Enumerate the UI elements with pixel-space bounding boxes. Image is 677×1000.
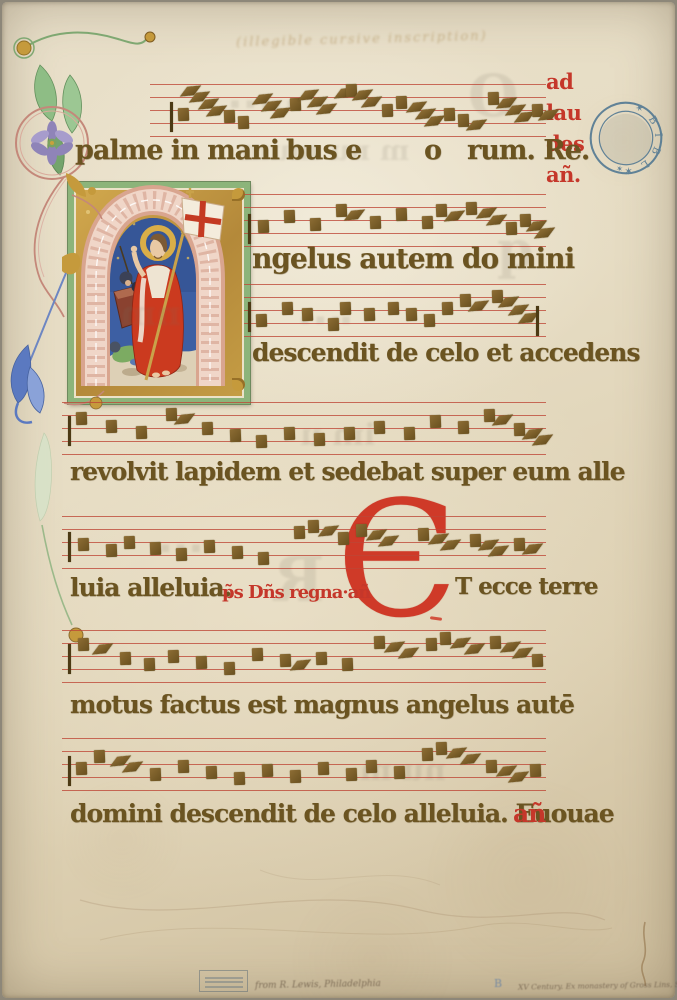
blue-acanthus <box>11 345 44 423</box>
staff-line <box>62 454 546 455</box>
neume <box>424 314 435 327</box>
chant-text: T ecce terre <box>455 574 598 599</box>
neume <box>422 216 433 229</box>
neume <box>506 222 517 235</box>
staff-line <box>62 402 546 403</box>
staff-line <box>62 441 546 442</box>
frame-gold-curl <box>232 378 245 391</box>
chant-text: ngelus autem do mini <box>252 244 574 275</box>
neume <box>106 544 117 557</box>
neume <box>204 540 215 553</box>
neume <box>280 654 291 667</box>
neume <box>460 294 471 307</box>
neume <box>514 423 525 436</box>
verso-showthrough: nm <box>120 294 181 334</box>
neume <box>328 318 339 331</box>
neume <box>374 421 385 434</box>
staff-line <box>62 669 546 670</box>
neume <box>318 525 339 536</box>
neume <box>224 110 235 123</box>
neume <box>418 528 429 541</box>
neume <box>436 742 447 755</box>
neume <box>316 652 327 665</box>
neume <box>252 648 263 661</box>
neume <box>388 302 399 315</box>
neume <box>466 202 477 215</box>
neume <box>170 102 173 132</box>
chant-text: descendit de celo et accedens <box>252 339 639 367</box>
gold-bezant <box>145 32 155 42</box>
neume <box>76 762 87 775</box>
library-stamp: ✶ B I B L ✶ ✶ <box>574 84 677 192</box>
neume <box>294 526 305 539</box>
rubric-text: p̃s Dñs regna·añ <box>222 583 370 603</box>
neume <box>340 302 351 315</box>
neume <box>370 216 381 229</box>
neume <box>318 762 329 775</box>
neume <box>444 108 455 121</box>
neume <box>68 532 71 562</box>
neume <box>136 426 147 439</box>
neume <box>356 524 367 537</box>
staff-line <box>62 777 546 778</box>
neume <box>310 218 321 231</box>
neume <box>232 546 243 559</box>
neume <box>486 760 497 773</box>
vine-stem <box>24 33 148 48</box>
neume <box>532 654 543 667</box>
neume <box>166 408 177 421</box>
neume <box>308 520 319 533</box>
neume <box>404 427 415 440</box>
neume <box>94 750 105 763</box>
neume <box>256 435 267 448</box>
neume <box>382 104 393 117</box>
music-stave <box>62 402 546 456</box>
staff-line <box>62 516 546 517</box>
staff-line <box>62 751 546 752</box>
staff-line <box>62 568 546 569</box>
neume <box>436 204 447 217</box>
rubric-text: añ <box>513 800 545 828</box>
neume <box>120 652 131 665</box>
collection-stamp <box>199 970 248 992</box>
neume <box>256 314 267 327</box>
neume <box>488 92 499 105</box>
chant-text: rum. Re. <box>467 136 589 166</box>
neume <box>284 210 295 223</box>
music-stave <box>244 284 546 338</box>
staff-line <box>244 233 546 234</box>
chant-text: o <box>424 136 441 166</box>
neume <box>78 538 89 551</box>
neume <box>106 420 117 433</box>
neume <box>68 416 71 446</box>
margin-rubric-word: ad <box>546 66 584 97</box>
neume <box>464 643 485 654</box>
gold-bezant <box>88 187 96 195</box>
staff-line <box>244 323 546 324</box>
neume <box>258 552 269 565</box>
staff-line <box>62 415 546 416</box>
staff-line <box>62 428 546 429</box>
neume <box>196 656 207 669</box>
neume <box>396 208 407 221</box>
neume <box>284 427 295 440</box>
neume <box>422 748 433 761</box>
staff-line <box>62 738 546 739</box>
staff-line <box>62 790 546 791</box>
music-stave <box>62 516 546 570</box>
staff-line <box>150 97 546 98</box>
staff-line <box>244 284 546 285</box>
neume <box>78 638 89 651</box>
neume <box>374 636 385 649</box>
neume <box>514 538 525 551</box>
neume <box>178 760 189 773</box>
red-flourish <box>72 195 102 219</box>
neume <box>460 753 481 764</box>
neume <box>484 409 495 422</box>
neume <box>234 772 245 785</box>
neume <box>92 643 113 654</box>
neume <box>202 422 213 435</box>
neume <box>490 636 501 649</box>
neume <box>230 429 241 442</box>
neume <box>302 308 313 321</box>
neume <box>314 433 325 446</box>
neume <box>346 768 357 781</box>
staff-line <box>62 682 546 683</box>
neume <box>442 302 453 315</box>
neume <box>262 764 273 777</box>
neume <box>530 764 541 777</box>
neume <box>290 770 301 783</box>
staff-line <box>150 123 546 124</box>
chant-text: revolvit lapidem et sedebat super eum al… <box>70 458 625 486</box>
neume <box>458 421 469 434</box>
staff-line <box>62 630 546 631</box>
neume <box>168 650 179 663</box>
neume <box>144 658 155 671</box>
neume <box>124 536 135 549</box>
gold-bezant <box>17 41 31 55</box>
music-stave <box>62 738 546 792</box>
neume <box>238 116 249 129</box>
neume <box>430 415 441 428</box>
neume <box>206 766 217 779</box>
neume <box>68 756 71 786</box>
neume <box>366 760 377 773</box>
neume <box>364 308 375 321</box>
manuscript-photo: (illegible cursive inscription) adlaudes… <box>0 0 677 1000</box>
blue-stem <box>30 273 66 361</box>
neume <box>342 658 353 671</box>
gold-leaf <box>66 173 86 197</box>
neume <box>458 114 469 127</box>
staff-line <box>62 555 546 556</box>
neume <box>406 308 417 321</box>
gold-hook <box>62 253 80 275</box>
neume <box>336 204 347 217</box>
neume <box>258 220 269 233</box>
neume <box>282 302 293 315</box>
neume <box>394 766 405 779</box>
neume <box>224 662 235 675</box>
chant-text: luia alleluia. <box>70 574 231 602</box>
neume <box>344 427 355 440</box>
neume <box>536 306 539 336</box>
staff-line <box>62 656 546 657</box>
music-stave <box>244 194 546 248</box>
neume <box>338 532 349 545</box>
neume <box>396 96 407 109</box>
chant-text: palme in mani <box>75 136 279 166</box>
neume <box>150 542 161 555</box>
neume <box>248 214 251 244</box>
pale-leaf <box>35 433 51 521</box>
neume <box>68 644 71 674</box>
neume <box>76 412 87 425</box>
neume <box>470 534 481 547</box>
neume <box>150 768 161 781</box>
neume <box>248 302 251 332</box>
music-stave <box>150 84 546 138</box>
chant-text: motus factus est magnus angelus autē <box>70 691 574 719</box>
neume <box>426 638 437 651</box>
small-blue-mark: B <box>494 977 502 990</box>
chant-text: bus e <box>286 136 361 166</box>
neume <box>440 632 451 645</box>
neume <box>178 108 189 121</box>
neume <box>176 548 187 561</box>
staff-line <box>244 194 546 195</box>
music-stave <box>62 630 546 684</box>
